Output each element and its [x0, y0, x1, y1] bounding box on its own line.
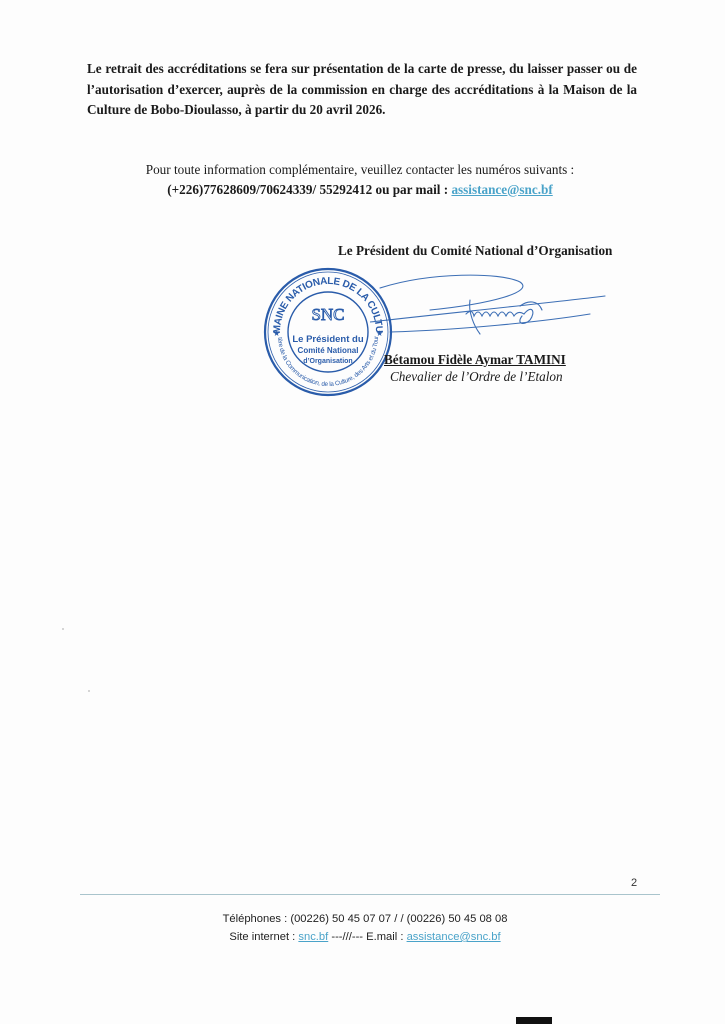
- contact-block: Pour toute information complémentaire, v…: [100, 160, 620, 199]
- signer-title: Le Président du Comité National d’Organi…: [338, 243, 612, 259]
- svg-text:★: ★: [273, 329, 280, 338]
- footer-divider: [80, 894, 660, 895]
- official-stamp-icon: SEMAINE NATIONALE DE LA CULTURE Ministèr…: [262, 266, 394, 398]
- svg-text:SNC: SNC: [311, 305, 344, 324]
- footer-email-link[interactable]: assistance@snc.bf: [407, 931, 501, 943]
- footer: Téléphones : (00226) 50 45 07 07 / / (00…: [100, 910, 630, 946]
- signer-name: Bétamou Fidèle Aymar TAMINI: [384, 352, 566, 368]
- svg-text:★: ★: [376, 329, 383, 338]
- footer-site-link[interactable]: snc.bf: [298, 931, 328, 943]
- signature-icon: [370, 270, 620, 350]
- accreditation-paragraph: Le retrait des accréditations se fera su…: [87, 59, 637, 121]
- contact-numbers: (+226)77628609/70624339/ 55292412 ou par…: [100, 180, 620, 200]
- svg-text:Le Président du: Le Président du: [292, 334, 363, 345]
- scan-artifact: [516, 1017, 552, 1024]
- footer-site-label: Site internet :: [229, 931, 298, 943]
- footer-separator: ---///--- E.mail :: [328, 931, 406, 943]
- contact-phones: (+226)77628609/70624339/ 55292412 ou par…: [167, 182, 451, 197]
- svg-text:d’Organisation: d’Organisation: [303, 358, 352, 365]
- scan-speck: [62, 628, 64, 630]
- contact-intro: Pour toute information complémentaire, v…: [100, 160, 620, 180]
- footer-web: Site internet : snc.bf ---///--- E.mail …: [100, 928, 630, 946]
- scan-speck: [88, 690, 90, 692]
- contact-email-link[interactable]: assistance@snc.bf: [451, 182, 552, 197]
- page-number: 2: [631, 877, 637, 889]
- footer-phones: Téléphones : (00226) 50 45 07 07 / / (00…: [100, 910, 630, 928]
- svg-text:Comité National: Comité National: [298, 346, 359, 355]
- signer-honor: Chevalier de l’Ordre de l’Etalon: [390, 369, 563, 385]
